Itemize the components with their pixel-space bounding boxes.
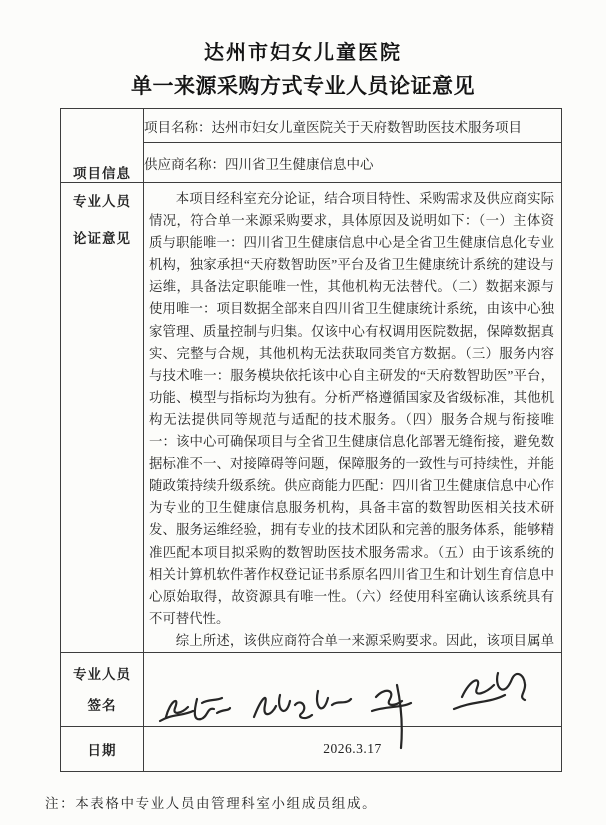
opinion-paragraph-1: 本项目经科室充分论证，结合项目特性、采购需求及供应商实际情况，符合单一来源采购要… (149, 188, 554, 630)
opinion-text: 本项目经科室充分论证，结合项目特性、采购需求及供应商实际情况，符合单一来源采购要… (144, 183, 561, 650)
opinion-row: 专业人员 论证意见 本项目经科室充分论证，结合项目特性、采购需求及供应商实际情况… (61, 183, 562, 653)
signature-row: 专业人员 签名 (61, 653, 562, 727)
signature-label-line2: 签名 (61, 690, 143, 721)
signature-label-line1: 专业人员 (61, 659, 143, 690)
handwritten-signature-2 (254, 691, 351, 718)
project-name-row: 项目信息 项目名称：达州市妇女儿童医院关于天府数智助医技术服务项目 (61, 109, 562, 143)
opinion-label-line2: 论证意见 (61, 220, 143, 257)
page-subtitle: 单一来源采购方式专业人员论证意见 (0, 70, 606, 100)
date-value: 2026.3.17 (144, 727, 562, 772)
handwritten-signatures (144, 653, 561, 726)
page-title: 达州市妇女儿童医院 (0, 36, 606, 65)
project-name-cell: 项目名称：达州市妇女儿童医院关于天府数智助医技术服务项目 (144, 109, 562, 143)
document-page: 达州市妇女儿童医院 单一来源采购方式专业人员论证意见 项目信息 项目名称：达州市… (0, 0, 606, 825)
opinion-text-cell: 本项目经科室充分论证，结合项目特性、采购需求及供应商实际情况，符合单一来源采购要… (144, 183, 562, 653)
signatures-cell (144, 653, 562, 727)
project-info-label: 项目信息 (61, 109, 144, 183)
handwritten-signature-4 (454, 673, 525, 709)
handwritten-signature-1 (160, 698, 230, 721)
supplier-name-cell: 供应商名称：四川省卫生健康信息中心 (144, 143, 562, 183)
footnote: 注：本表格中专业人员由管理科室小组成员组成。 (45, 792, 377, 812)
procurement-table: 项目信息 项目名称：达州市妇女儿童医院关于天府数智助医技术服务项目 供应商名称：… (60, 108, 562, 772)
opinion-label: 专业人员 论证意见 (61, 183, 144, 653)
date-label: 日期 (61, 727, 144, 772)
signature-label: 专业人员 签名 (61, 653, 144, 727)
date-row: 日期 2026.3.17 (61, 727, 562, 772)
opinion-label-line1: 专业人员 (61, 183, 143, 220)
opinion-paragraph-2: 综上所述，该供应商符合单一来源采购要求。因此，该项目属单一来源。 (149, 630, 554, 650)
